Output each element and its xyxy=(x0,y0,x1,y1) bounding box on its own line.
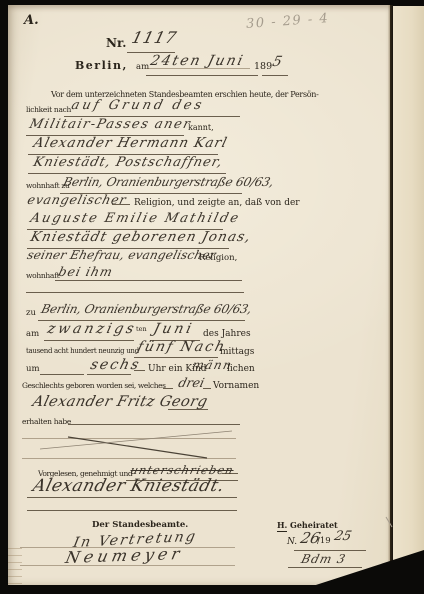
stamp-clerk-note: Bdm 3 xyxy=(300,553,347,565)
wohnhaft: wohnhaft xyxy=(26,272,59,280)
declarant-surname-occupation: Kniestädt, Postschaffner, xyxy=(32,156,224,169)
rule xyxy=(163,388,173,389)
record-number-label: Nr. xyxy=(106,37,126,49)
stamp-h-label: H. xyxy=(277,521,287,529)
rule xyxy=(168,409,208,410)
registration-date: 24ten Juni xyxy=(149,54,246,68)
rule xyxy=(146,75,258,76)
stamp-year-hand: 25 xyxy=(333,530,353,543)
vornamen-label: Vornamen xyxy=(213,382,259,391)
child-names: Alexander Fritz Georg xyxy=(31,395,209,410)
mittags: mittags xyxy=(220,348,254,357)
stamp-geheiratet: Geheiratet xyxy=(290,521,338,529)
birth-place: Berlin, Oranienburgerstraße 60/63, xyxy=(40,303,253,315)
zu-label: zu xyxy=(26,309,36,318)
rule xyxy=(203,388,211,389)
birth-month: Juni xyxy=(152,322,196,336)
rule xyxy=(22,438,236,439)
stamp-year-printed: /19 xyxy=(317,537,331,546)
rule xyxy=(20,565,235,566)
identification-hand-2: Militair-Passes aner xyxy=(28,118,193,131)
ten-suffix: ten xyxy=(136,326,147,333)
mother-surname-maiden: Kniestädt geborenen Jonas, xyxy=(29,231,252,245)
names-count: drei xyxy=(177,377,205,390)
registrar-signature: Neumeyer xyxy=(64,546,185,566)
rule xyxy=(40,374,84,375)
year-printed: 189 xyxy=(254,62,272,72)
rule xyxy=(22,458,236,459)
year-word-hand: fünf Nach xyxy=(136,340,228,354)
form-letter: A. xyxy=(24,14,39,27)
rule xyxy=(146,68,250,69)
geschlechts-line: Geschlechts geboren worden sei, welches xyxy=(22,382,166,390)
lichkeit-nach: lichkeit nach xyxy=(26,106,71,114)
rule xyxy=(26,292,244,293)
religion2-printed: Religion, xyxy=(199,254,237,263)
des-jahres: des Jahres xyxy=(203,330,251,339)
rule xyxy=(288,567,362,568)
mother-given-names: Auguste Emilie Mathilde xyxy=(29,212,242,225)
lichen: lichen xyxy=(227,365,255,374)
rule xyxy=(27,510,237,511)
scanned-register-photo: A. 30 - 29 - 4 Nr. 1117 Berlin, am 24ten… xyxy=(0,0,424,594)
mother-relation-religion: seiner Ehefrau, evangelischer xyxy=(26,249,217,261)
am2-label: am xyxy=(26,330,39,339)
religion-printed: Religion, und zeigte an, daß von der xyxy=(134,199,300,208)
page-stack-edges xyxy=(8,548,22,585)
rule xyxy=(134,370,145,371)
rule xyxy=(87,374,131,375)
rule xyxy=(262,75,288,76)
stamp-no-label: N. xyxy=(287,538,297,547)
mother-residence: bei ihm xyxy=(57,266,114,279)
erhalten-habe: erhalten habe xyxy=(22,418,71,426)
rule xyxy=(112,204,130,205)
birth-day: zwanzigs xyxy=(46,322,138,336)
unterschrieben-hand: unterschrieben xyxy=(129,465,235,477)
adjacent-page-edge xyxy=(393,6,424,585)
year-words: tausend acht hundert neunzig und xyxy=(26,348,139,355)
rule xyxy=(294,550,366,551)
declarant-name: Alexander Hermann Karl xyxy=(32,137,229,151)
registrar-title: Der Standesbeamte. xyxy=(92,521,188,530)
identification-hand: auf Grund des xyxy=(70,99,206,112)
kannt: kannt, xyxy=(188,124,214,132)
record-number-value: 1117 xyxy=(130,30,179,46)
rule xyxy=(44,340,134,341)
place-label: Berlin, xyxy=(75,60,128,71)
rule xyxy=(68,424,240,425)
um-label: um xyxy=(26,365,40,374)
rule xyxy=(222,473,238,474)
rule xyxy=(55,280,242,281)
rule xyxy=(27,497,237,498)
declarant-address: Berlin, Oranienburgerstraße 60/63, xyxy=(62,176,275,188)
stamp-h-underlined: H. xyxy=(277,520,287,532)
declarant-signature: Alexander Kniestädt. xyxy=(31,478,226,495)
rule xyxy=(28,173,226,174)
